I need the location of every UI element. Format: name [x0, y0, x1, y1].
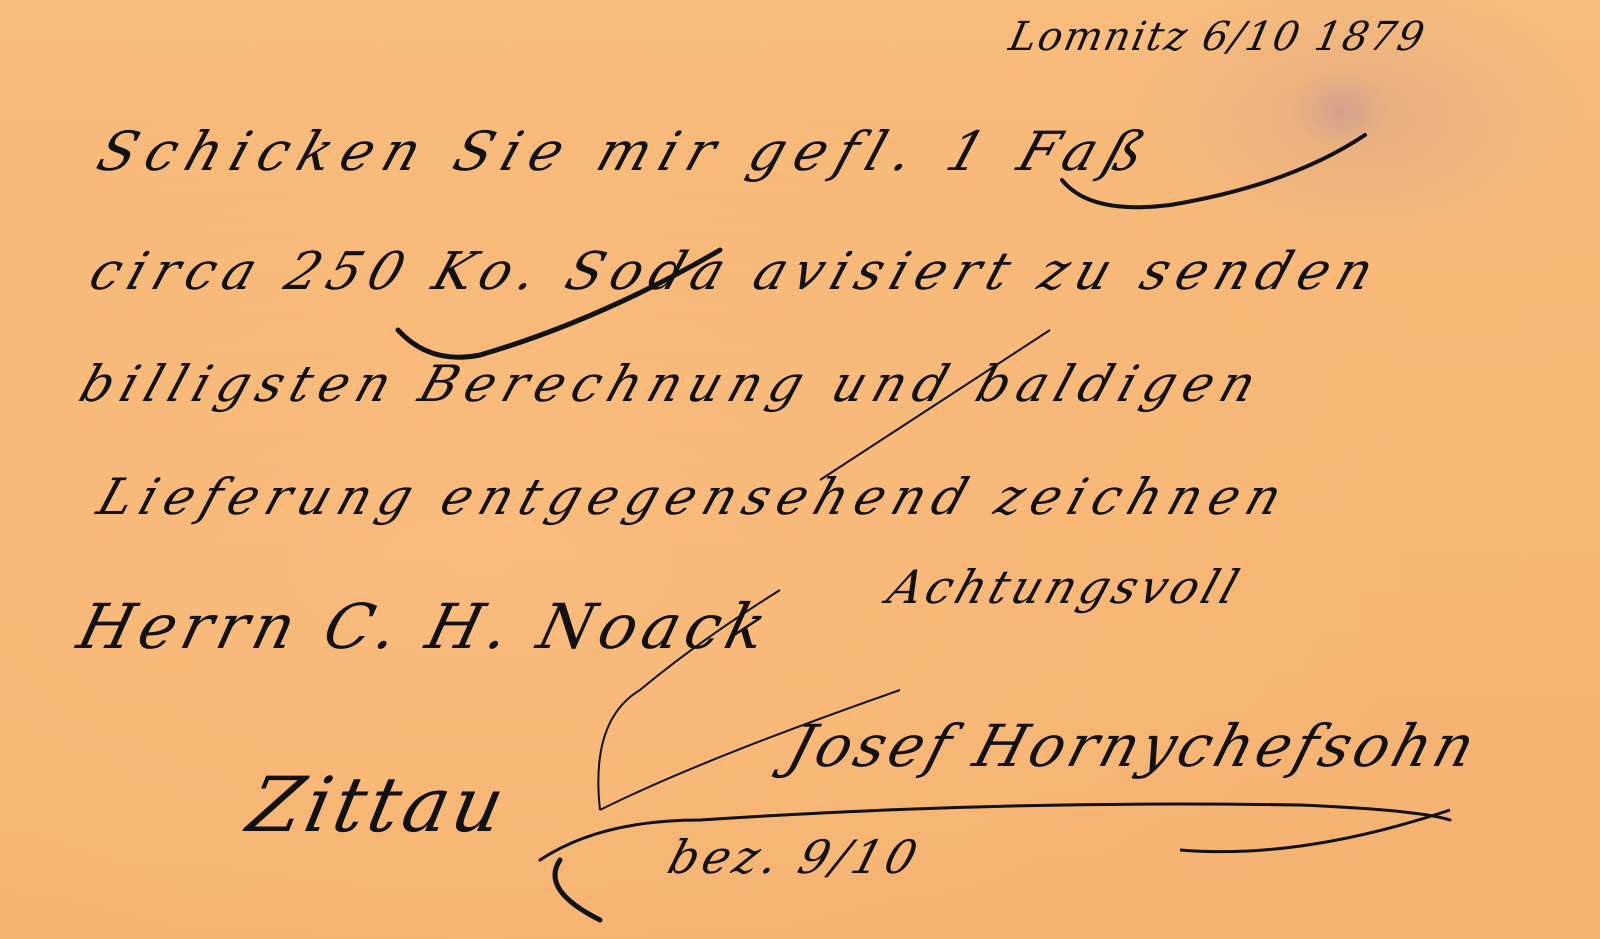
signature: Josef Hornychefsohn — [780, 712, 1486, 780]
body-line-3: billigsten Berechnung und baldigen — [73, 355, 1272, 413]
place-date: Lomnitz 6/10 1879 — [1005, 14, 1430, 60]
postcard: Lomnitz 6/10 1879 Schicken Sie mir gefl.… — [0, 0, 1600, 939]
body-line-1: Schicken Sie mir gefl. 1 Faß — [90, 120, 1163, 183]
body-line-4: Lieferung entgegensehend zeichnen — [91, 468, 1297, 526]
recipient-name: Herrn C. H. Noack — [71, 590, 780, 663]
recipient-city: Zittau — [241, 760, 516, 849]
closing: Achtungsvoll — [881, 560, 1249, 614]
ink-stain — [1290, 70, 1390, 150]
annotation: bez. 9/10 — [662, 830, 927, 884]
body-line-2: circa 250 Ko. Soda avisiert zu senden — [82, 242, 1388, 302]
